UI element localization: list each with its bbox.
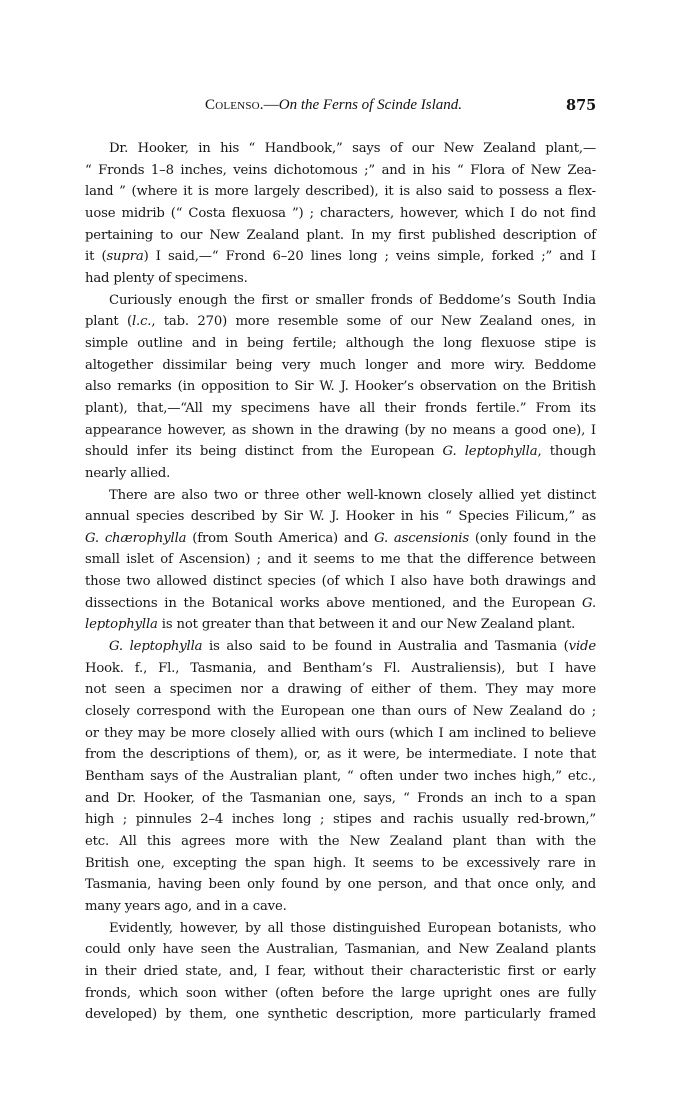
paragraph-3: There are also two or three other well-k…: [85, 485, 596, 637]
text-line: in their dried state, and, I fear, witho…: [85, 961, 596, 983]
text-line: Dr. Hooker, in his “ Handbook,” says of …: [85, 138, 596, 160]
text-line: G. leptophylla is also said to be found …: [85, 636, 596, 658]
paragraph-5: Evidently, however, by all those disting…: [85, 918, 596, 1026]
text-line: developed) by them, one synthetic descri…: [85, 1004, 596, 1026]
text-line: Curiously enough the first or smaller fr…: [85, 290, 596, 312]
page-number: 875: [566, 97, 596, 114]
text-line: from the descriptions of them), or, as i…: [85, 744, 596, 766]
text-line: There are also two or three other well-k…: [85, 485, 596, 507]
text-line: had plenty of specimens.: [85, 268, 596, 290]
text-line: many years ago, and in a cave.: [85, 896, 596, 918]
text-line: altogether dissimilar being very much lo…: [85, 355, 596, 377]
text-line: Tasmania, having been only found by one …: [85, 874, 596, 896]
body-text: Dr. Hooker, in his “ Handbook,” says of …: [85, 138, 596, 1026]
text-line: dissections in the Botanical works above…: [85, 593, 596, 615]
text-line: British one, excepting the span high. It…: [85, 853, 596, 875]
text-line: could only have seen the Australian, Tas…: [85, 939, 596, 961]
running-head-title: On the Ferns of Scinde Island.: [279, 97, 462, 113]
paragraph-1: Dr. Hooker, in his “ Handbook,” says of …: [85, 138, 596, 290]
text-line: land ” (where it is more largely describ…: [85, 181, 596, 203]
text-line: those two allowed distinct species (of w…: [85, 571, 596, 593]
text-line: should infer its being distinct from the…: [85, 441, 596, 463]
text-line: or they may be more closely allied with …: [85, 723, 596, 745]
text-line: pertaining to our New Zealand plant. In …: [85, 225, 596, 247]
text-line: not seen a specimen nor a drawing of eit…: [85, 679, 596, 701]
running-head-author: Colenso.: [205, 97, 264, 113]
text-line: nearly allied.: [85, 463, 596, 485]
text-line: and Dr. Hooker, of the Tasmanian one, sa…: [85, 788, 596, 810]
text-line: also remarks (in opposition to Sir W. J.…: [85, 376, 596, 398]
text-line: plant), that,—“All my specimens have all…: [85, 398, 596, 420]
paragraph-4: G. leptophylla is also said to be found …: [85, 636, 596, 918]
text-line: Bentham says of the Australian plant, “ …: [85, 766, 596, 788]
text-line: etc. All this agrees more with the New Z…: [85, 831, 596, 853]
running-head: Colenso.—On the Ferns of Scinde Island.: [205, 97, 595, 117]
text-line: Hook. f., Fl., Tasmania, and Bentham’s F…: [85, 658, 596, 680]
text-line: high ; pinnules 2–4 inches long ; stipes…: [85, 809, 596, 831]
text-line: G. chærophylla (from South America) and …: [85, 528, 596, 550]
text-line: fronds, which soon wither (often before …: [85, 983, 596, 1005]
text-line: uose midrib (“ Costa flexuosa ”) ; chara…: [85, 203, 596, 225]
text-line: “ Fronds 1–8 inches, veins dichotomous ;…: [85, 160, 596, 182]
text-line: closely correspond with the European one…: [85, 701, 596, 723]
running-head-dash: —: [264, 97, 279, 113]
text-line: plant (l.c., tab. 270) more resemble som…: [85, 311, 596, 333]
book-page: Colenso.—On the Ferns of Scinde Island. …: [0, 0, 685, 1100]
text-line: Evidently, however, by all those disting…: [85, 918, 596, 940]
text-line: small islet of Ascension) ; and it seems…: [85, 549, 596, 571]
paragraph-2: Curiously enough the first or smaller fr…: [85, 290, 596, 485]
text-line: annual species described by Sir W. J. Ho…: [85, 506, 596, 528]
text-line: simple outline and in being fertile; alt…: [85, 333, 596, 355]
text-line: appearance however, as shown in the draw…: [85, 420, 596, 442]
text-line: it (supra) I said,—“ Frond 6–20 lines lo…: [85, 246, 596, 268]
text-line: leptophylla is not greater than that bet…: [85, 614, 596, 636]
